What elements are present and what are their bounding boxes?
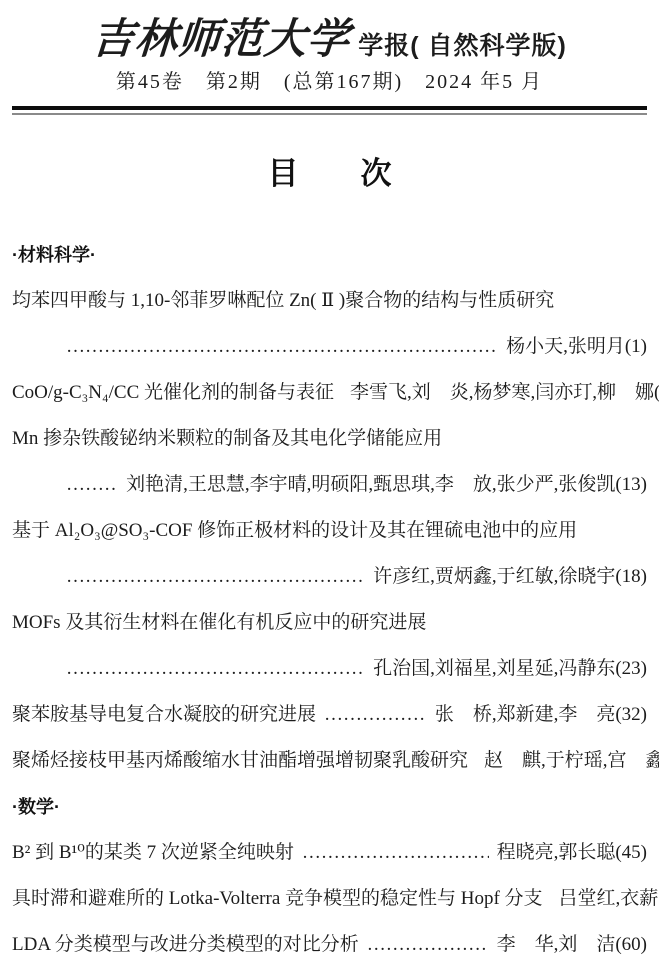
entry-authors: 李 华,刘 洁 bbox=[497, 931, 616, 959]
section-label-materials: ·材料科学· bbox=[12, 241, 647, 269]
journal-edition-title: 学报( 自然科学版) bbox=[358, 34, 567, 60]
entry-author-line: 许彦红,贾炳鑫,于红敏,徐晓宇(18) bbox=[12, 563, 647, 591]
entry-page: (23) bbox=[615, 655, 647, 683]
university-calligraphy-logo: 吉林师范大学 bbox=[91, 18, 352, 60]
entry-title: Mn 掺杂铁酸铋纳米颗粒的制备及其电化学储能应用 bbox=[12, 425, 647, 453]
masthead-row: 吉林师范大学 学报( 自然科学版) bbox=[12, 10, 647, 60]
toc-entry: CoO/g-C₃N₄/CC 光催化剂的制备与表征 李雪飞,刘 炎,杨梦寒,闫亦玎… bbox=[12, 379, 647, 407]
entry-authors: 程晓亮,郭长聪 bbox=[497, 839, 616, 867]
entry-authors: 杨小天,张明月 bbox=[506, 333, 625, 361]
entry-line: LDA 分类模型与改进分类模型的对比分析 李 华,刘 洁(60) bbox=[12, 931, 647, 959]
entry-page: (18) bbox=[615, 563, 647, 591]
volume-issue-line: 第45卷 第2期 (总第167期) 2024 年5 月 bbox=[12, 69, 647, 95]
entry-page: (32) bbox=[615, 701, 647, 729]
leader-dots bbox=[66, 655, 365, 683]
leader-dots bbox=[302, 839, 489, 867]
toc-entry: 聚烯烃接枝甲基丙烯酸缩水甘油酯增强增韧聚乳酸研究 赵 麒,于柠瑶,宫 鑫(40) bbox=[12, 747, 647, 775]
entry-page: (1) bbox=[625, 333, 647, 361]
entry-line: CoO/g-C₃N₄/CC 光催化剂的制备与表征 李雪飞,刘 炎,杨梦寒,闫亦玎… bbox=[12, 379, 647, 407]
entry-page: (45) bbox=[615, 839, 647, 867]
entry-title: 聚苯胺基导电复合水凝胶的研究进展 bbox=[12, 701, 316, 729]
entry-authors: 许彦红,贾炳鑫,于红敏,徐晓宇 bbox=[373, 563, 615, 591]
entry-authors: 赵 麒,于柠瑶,宫 鑫 bbox=[484, 747, 659, 775]
toc-heading: 目 次 bbox=[12, 156, 647, 192]
entry-authors: 吕堂红,衣薪燃 bbox=[559, 885, 659, 913]
entry-authors: 李雪飞,刘 炎,杨梦寒,闫亦玎,柳 娜 bbox=[350, 379, 654, 407]
entry-author-line: 刘艳清,王思慧,李宇晴,明硕阳,甄思琪,李 放,张少严,张俊凯(13) bbox=[12, 471, 647, 499]
entry-page: (13) bbox=[615, 471, 647, 499]
toc-entry: MOFs 及其衍生材料在催化有机反应中的研究进展 孔治国,刘福星,刘星延,冯静东… bbox=[12, 609, 647, 683]
leader-dots bbox=[324, 701, 427, 729]
entry-title: 基于 Al₂O₃@SO₃-COF 修饰正极材料的设计及其在锂硫电池中的应用 bbox=[12, 517, 647, 545]
entry-authors: 孔治国,刘福星,刘星延,冯静东 bbox=[373, 655, 615, 683]
entry-line: B² 到 B¹⁰的某类 7 次逆紧全纯映射 程晓亮,郭长聪(45) bbox=[12, 839, 647, 867]
entry-title: CoO/g-C₃N₄/CC 光催化剂的制备与表征 bbox=[12, 379, 334, 407]
section-label-mathematics: ·数学· bbox=[12, 793, 647, 821]
toc-entry: LDA 分类模型与改进分类模型的对比分析 李 华,刘 洁(60) bbox=[12, 931, 647, 959]
entry-title: 均苯四甲酸与 1,10-邻菲罗啉配位 Zn( Ⅱ )聚合物的结构与性质研究 bbox=[12, 287, 647, 315]
entry-line: 聚烯烃接枝甲基丙烯酸缩水甘油酯增强增韧聚乳酸研究 赵 麒,于柠瑶,宫 鑫(40) bbox=[12, 747, 647, 775]
entry-authors: 张 桥,郑新建,李 亮 bbox=[435, 701, 616, 729]
toc-body: ·材料科学· 均苯四甲酸与 1,10-邻菲罗啉配位 Zn( Ⅱ )聚合物的结构与… bbox=[12, 241, 647, 959]
toc-entry: Mn 掺杂铁酸铋纳米颗粒的制备及其电化学储能应用 刘艳清,王思慧,李宇晴,明硕阳… bbox=[12, 425, 647, 499]
entry-author-line: 孔治国,刘福星,刘星延,冯静东(23) bbox=[12, 655, 647, 683]
entry-page: (60) bbox=[615, 931, 647, 959]
entry-authors: 刘艳清,王思慧,李宇晴,明硕阳,甄思琪,李 放,张少严,张俊凯 bbox=[126, 471, 615, 499]
entry-line: 聚苯胺基导电复合水凝胶的研究进展 张 桥,郑新建,李 亮(32) bbox=[12, 701, 647, 729]
toc-entry: 聚苯胺基导电复合水凝胶的研究进展 张 桥,郑新建,李 亮(32) bbox=[12, 701, 647, 729]
toc-entry: 均苯四甲酸与 1,10-邻菲罗啉配位 Zn( Ⅱ )聚合物的结构与性质研究 杨小… bbox=[12, 287, 647, 361]
entry-line: 具时滞和避难所的 Lotka-Volterra 竞争模型的稳定性与 Hopf 分… bbox=[12, 885, 647, 913]
toc-entry: 具时滞和避难所的 Lotka-Volterra 竞争模型的稳定性与 Hopf 分… bbox=[12, 885, 647, 913]
divider-thick-rule bbox=[12, 106, 647, 110]
journal-toc-page: 吉林师范大学 学报( 自然科学版) 第45卷 第2期 (总第167期) 2024… bbox=[0, 0, 659, 967]
divider-thin-rule bbox=[12, 113, 647, 115]
leader-dots bbox=[66, 471, 118, 499]
entry-title: 具时滞和避难所的 Lotka-Volterra 竞争模型的稳定性与 Hopf 分… bbox=[12, 885, 543, 913]
masthead-divider bbox=[12, 106, 647, 115]
entry-title: 聚烯烃接枝甲基丙烯酸缩水甘油酯增强增韧聚乳酸研究 bbox=[12, 747, 468, 775]
leader-dots bbox=[66, 563, 365, 591]
entry-title: LDA 分类模型与改进分类模型的对比分析 bbox=[12, 931, 359, 959]
leader-dots bbox=[367, 931, 489, 959]
toc-entry: 基于 Al₂O₃@SO₃-COF 修饰正极材料的设计及其在锂硫电池中的应用 许彦… bbox=[12, 517, 647, 591]
entry-author-line: 杨小天,张明月(1) bbox=[12, 333, 647, 361]
entry-page: (7) bbox=[654, 379, 659, 407]
journal-masthead: 吉林师范大学 学报( 自然科学版) 第45卷 第2期 (总第167期) 2024… bbox=[12, 10, 647, 115]
entry-title: MOFs 及其衍生材料在催化有机反应中的研究进展 bbox=[12, 609, 647, 637]
entry-title: B² 到 B¹⁰的某类 7 次逆紧全纯映射 bbox=[12, 839, 294, 867]
toc-entry: B² 到 B¹⁰的某类 7 次逆紧全纯映射 程晓亮,郭长聪(45) bbox=[12, 839, 647, 867]
leader-dots bbox=[66, 333, 498, 361]
